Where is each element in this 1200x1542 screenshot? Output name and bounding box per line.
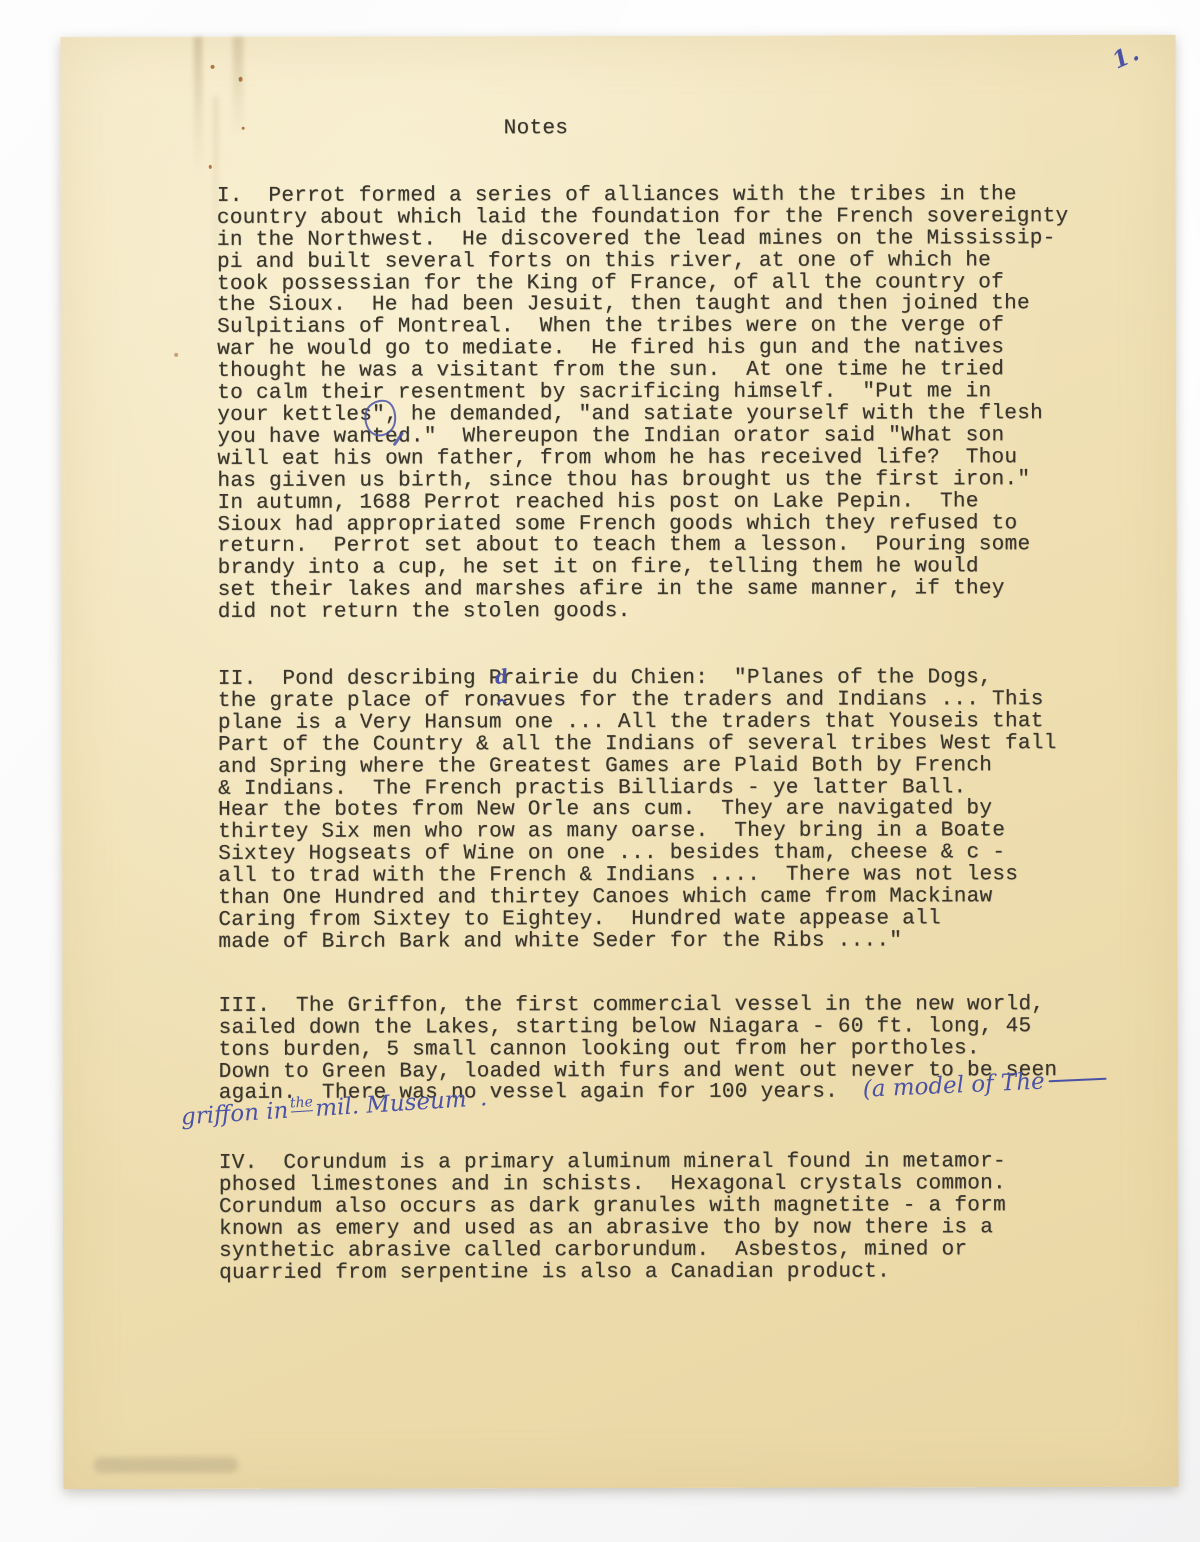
typed-line: quarried from serpentine is also a Canad… bbox=[219, 1261, 1129, 1285]
typed-line: did not return the stolen goods. bbox=[218, 600, 1128, 624]
typed-line: return. Perrot set about to teach them a… bbox=[218, 534, 1128, 558]
typed-line: the grate place of ronavues for the trad… bbox=[218, 689, 1128, 713]
rust-spot bbox=[209, 165, 212, 169]
typed-line: than One Hundred and thirtey Canoes whic… bbox=[218, 886, 1128, 910]
typed-line: Part of the Country & all the Indians of… bbox=[218, 733, 1128, 757]
typed-line: In autumn, 1688 Perrot reached his post … bbox=[217, 491, 1127, 515]
rust-spot bbox=[174, 353, 178, 357]
ink-bleed-smudge bbox=[93, 1457, 238, 1473]
section-ii: II. Pond describing Prairie du Chien: "P… bbox=[218, 667, 1129, 954]
typed-line: tons burden, 5 small cannon looking out … bbox=[219, 1038, 1129, 1062]
typed-line: Caring from Sixtey to Eightey. Hundred w… bbox=[218, 908, 1128, 932]
typed-line: plane is a Very Hansum one ... All the t… bbox=[218, 711, 1128, 735]
stain-drip bbox=[193, 37, 202, 177]
typed-line: III. The Griffon, the first commercial v… bbox=[218, 994, 1128, 1018]
handwritten-insert-word: the bbox=[289, 1094, 313, 1112]
typed-line: in the Northwest. He discovered the lead… bbox=[217, 228, 1127, 252]
handwritten-text: . bbox=[466, 1085, 494, 1113]
section-iv: IV. Corundum is a primary aluminum miner… bbox=[219, 1151, 1129, 1284]
typed-line: has giiven us birth, since thou has brou… bbox=[217, 469, 1127, 493]
scan-background: { "page": { "title": "Notes", "ink_color… bbox=[0, 0, 1200, 1542]
typed-line: your kettles", he demanded, "and satiate… bbox=[217, 403, 1127, 427]
section-i: I. Perrot formed a series of alliances w… bbox=[217, 184, 1128, 624]
rust-spot bbox=[239, 77, 243, 82]
pen-stroke bbox=[1049, 1078, 1107, 1083]
typed-line: known as emery and used as an abrasive t… bbox=[219, 1217, 1129, 1241]
page-title: Notes bbox=[504, 117, 1127, 140]
pen-caret-mark: ^ bbox=[494, 696, 510, 717]
typed-line: synthetic abrasive called carborundum. A… bbox=[219, 1239, 1129, 1263]
typed-line: country about which laid the foundation … bbox=[217, 206, 1127, 230]
typed-line: made of Birch Bark and white Seder for t… bbox=[218, 930, 1128, 954]
paper-sheet: 1. Notes I. Perrot formed a series of al… bbox=[60, 35, 1178, 1489]
typed-line: set their lakes and marshes afire in the… bbox=[218, 578, 1128, 602]
typed-line: sailed down the Lakes, starting below Ni… bbox=[219, 1016, 1129, 1040]
typed-line: I. Perrot formed a series of alliances w… bbox=[217, 184, 1127, 208]
typed-line: you have wanted." Whereupon the Indian o… bbox=[217, 425, 1127, 449]
typed-line: will eat his own father, from whom he ha… bbox=[217, 447, 1127, 471]
page-number-handwritten: 1. bbox=[1108, 38, 1145, 74]
typed-line: II. Pond describing Prairie du Chien: "P… bbox=[218, 667, 1128, 691]
typed-line: and Spring where the Greatest Games are … bbox=[218, 755, 1128, 779]
typed-line: pi and built several forts on this river… bbox=[217, 250, 1127, 274]
rust-spot bbox=[211, 65, 215, 69]
